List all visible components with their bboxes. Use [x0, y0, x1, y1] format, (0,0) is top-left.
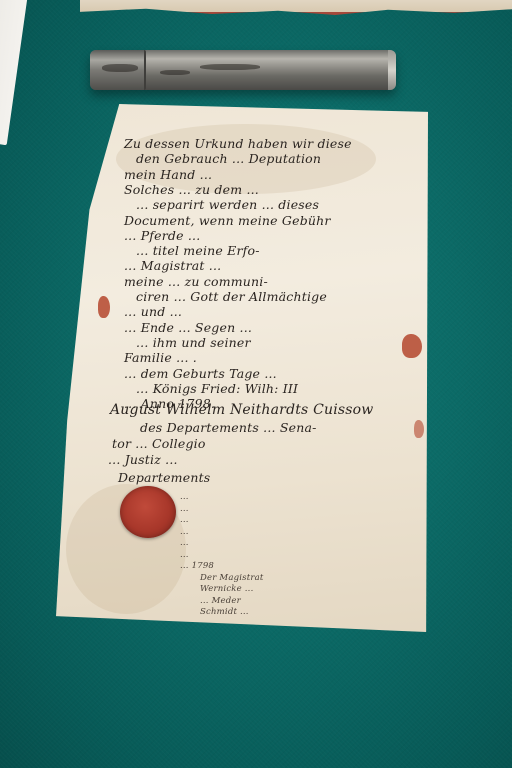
- tube-tarnish: [200, 64, 260, 70]
- handwritten-line: ... Pferde ...: [124, 228, 200, 243]
- handwritten-line: Familie ... .: [124, 350, 197, 365]
- handwritten-line: ... titel meine Erfo-: [136, 243, 260, 258]
- handwritten-line: ... und ...: [124, 304, 182, 319]
- handwritten-line: des Departements ... Sena-: [140, 420, 317, 435]
- handwritten-line: ... ihm und seiner: [136, 335, 251, 350]
- top-document-strip: [80, 0, 512, 15]
- handwritten-line: ... 1798: [180, 561, 214, 571]
- handwritten-line: ... Ende ... Segen ...: [124, 320, 252, 335]
- handwritten-line: Schmidt ...: [200, 607, 249, 617]
- handwritten-line: Zu dessen Urkund haben wir diese: [124, 136, 352, 151]
- handwritten-line: mein Hand ...: [124, 167, 212, 182]
- handwritten-line: ...: [180, 550, 189, 560]
- handwritten-line: ...: [180, 538, 189, 548]
- handwritten-line: ... dem Geburts Tage ...: [124, 366, 277, 381]
- handwritten-line: ... Meder: [200, 596, 241, 606]
- handwritten-line: Departements: [118, 470, 210, 485]
- handwritten-line: Der Magistrat: [200, 573, 263, 583]
- handwritten-line: den Gebrauch ... Deputation: [136, 151, 321, 166]
- tube-tarnish: [102, 64, 138, 72]
- adjacent-paper-edge: [0, 0, 28, 145]
- handwritten-line: Wernicke ...: [200, 584, 253, 594]
- handwritten-line: ...: [180, 504, 189, 514]
- red-stain: [414, 420, 424, 438]
- metal-document-tube: [90, 50, 396, 90]
- handwritten-line: ... separirt werden ... dieses: [136, 197, 319, 212]
- handwritten-line: tor ... Collegio: [112, 436, 206, 451]
- handwritten-line: Document, wenn meine Gebühr: [124, 213, 331, 228]
- tube-tarnish: [160, 70, 190, 75]
- red-stain: [98, 296, 110, 318]
- handwritten-line: meine ... zu communi-: [124, 274, 268, 289]
- wax-seal: [120, 486, 176, 538]
- handwritten-line: ... Justiz ...: [108, 452, 178, 467]
- handwritten-line: ...: [180, 492, 189, 502]
- handwritten-line: Solches ... zu dem ...: [124, 182, 259, 197]
- handwritten-line: ...: [180, 527, 189, 537]
- handwritten-line: ... Magistrat ...: [124, 258, 221, 273]
- handwritten-line: ... Königs Fried: Wilh: III: [136, 381, 298, 396]
- red-stain: [402, 334, 422, 358]
- tube-end: [388, 50, 396, 90]
- handwritten-line: ...: [180, 515, 189, 525]
- handwritten-line: ciren ... Gott der Allmächtige: [136, 289, 327, 304]
- handwritten-line: August Wilhelm Neithardts Cuissow: [110, 402, 373, 418]
